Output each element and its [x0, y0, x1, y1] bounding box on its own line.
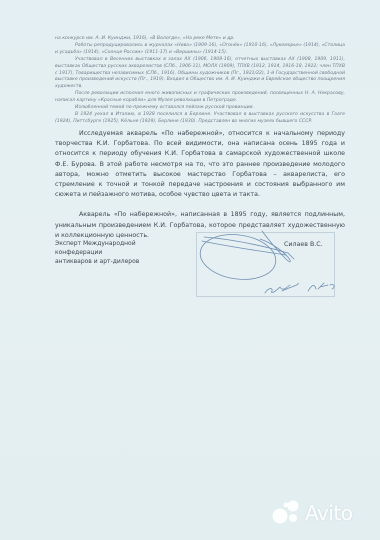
bio-paragraph: Работы репродуцировались в журналах «Нив… — [55, 43, 345, 57]
avito-watermark: Avito — [272, 500, 352, 526]
bio-paragraph: После революции исполнил много живописны… — [55, 91, 345, 105]
signatory-name: Силаев В.С. — [284, 241, 323, 248]
expert-title-line: Эксперт Международной конфедерации — [55, 239, 175, 257]
bio-paragraph: на конкурсе им. А. И. Куинджи, 1916), «В… — [55, 36, 345, 43]
expert-title: Эксперт Международной конфедерации антик… — [55, 239, 175, 266]
handwritten-signature-icon — [190, 225, 340, 305]
biography-text: на конкурсе им. А. И. Куинджи, 1916), «В… — [55, 36, 345, 126]
conclusion-paragraph: Исследуемая акварель «По набережной», от… — [55, 129, 345, 200]
bio-paragraph: Излюбленной темой по-прежнему оставался … — [55, 105, 345, 112]
document-page: на конкурсе им. А. И. Куинджи, 1916), «В… — [0, 0, 380, 540]
bio-paragraph: Участвовал в Весенних выставках в залах … — [55, 57, 345, 92]
bio-paragraph: В 1924 уехал в Италию, в 1928 поселился … — [55, 112, 345, 126]
avito-dots-logo-icon — [272, 500, 302, 526]
expert-title-line: антикваров и арт-дилеров — [55, 257, 175, 266]
avito-brand-text: Avito — [305, 501, 352, 525]
